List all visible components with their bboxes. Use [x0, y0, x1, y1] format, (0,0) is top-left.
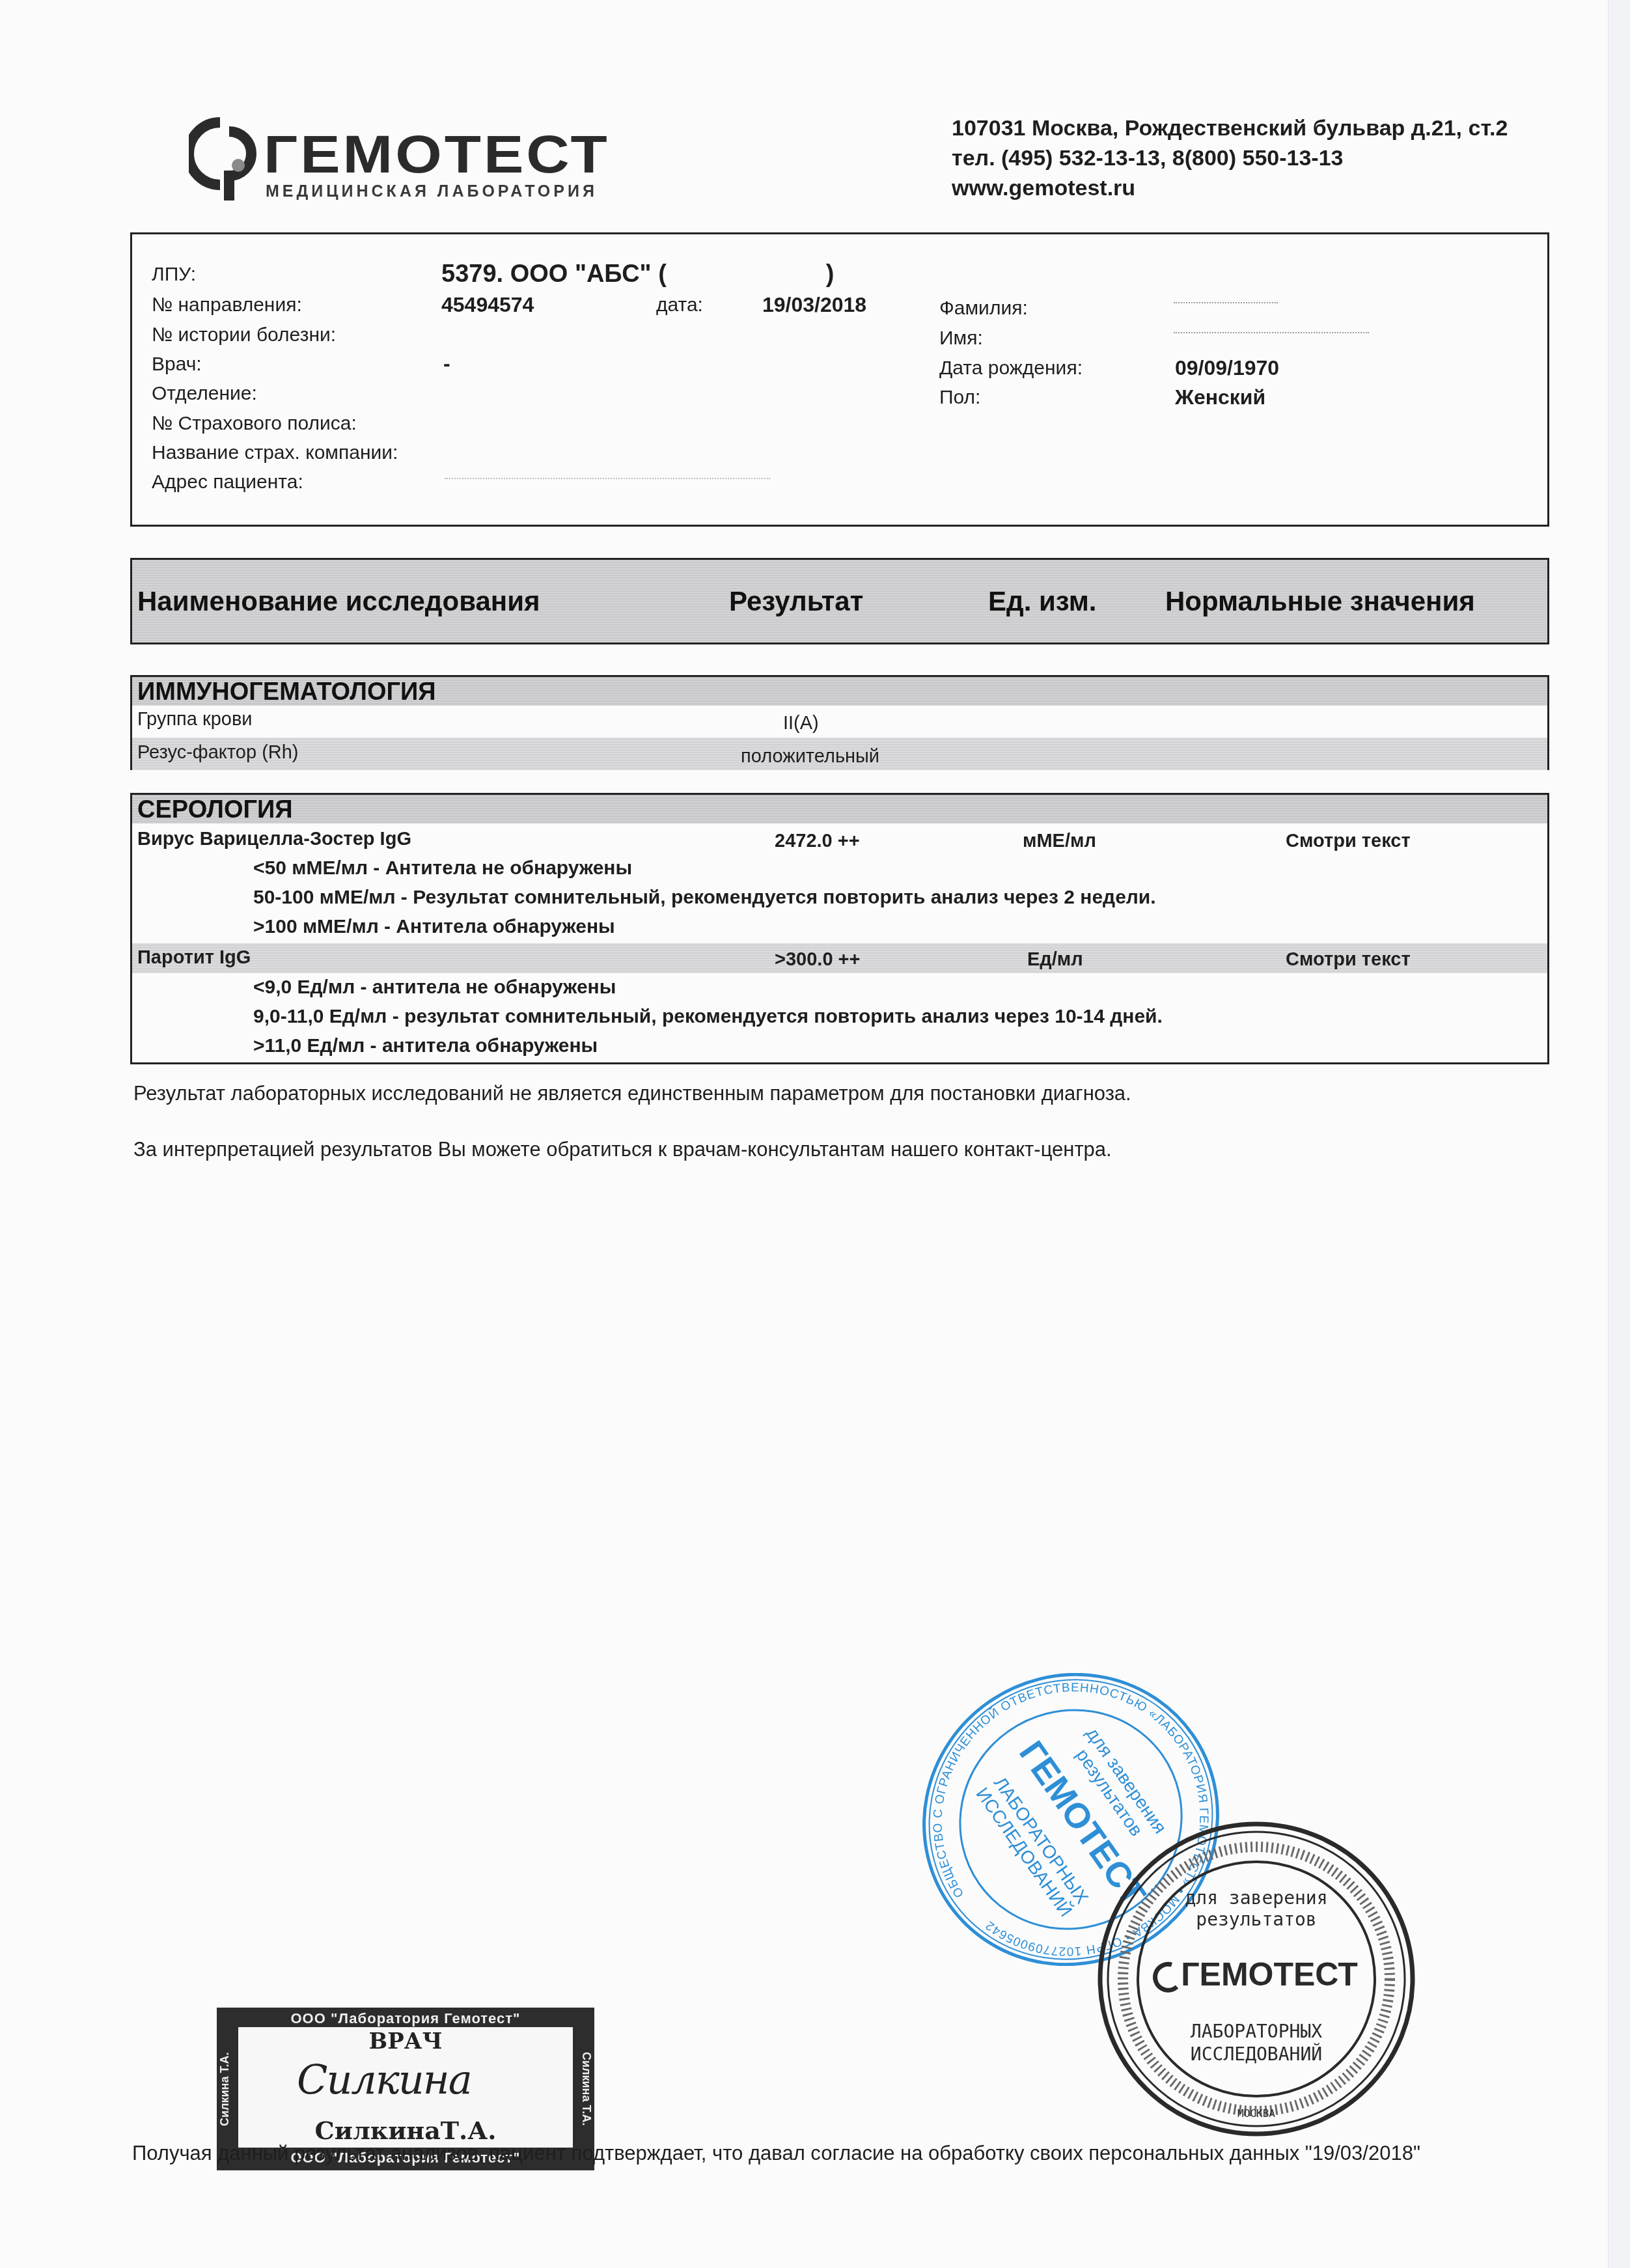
department-label: Отделение: [152, 383, 257, 405]
lpu-value-end: ) [826, 260, 835, 288]
reference-note: <50 мМЕ/мл - Антитела не обнаружены [253, 857, 632, 879]
reference-note: <9,0 Ед/мл - антитела не обнаружены [253, 976, 616, 999]
test-result: >300.0 ++ [775, 949, 860, 971]
referral-date: 19/03/2018 [762, 293, 866, 317]
black-stamp-brand: ГЕМОТЕСТ [1181, 1956, 1358, 1993]
test-name: Резус-фактор (Rh) [137, 742, 299, 764]
table-row: Паротит IgG >300.0 ++ Ед/мл Смотри текст [132, 943, 1547, 973]
header-units: Ед. изм. [988, 586, 1096, 617]
black-certification-stamp: для заверения результатов ГЕМОТЕСТ ЛАБОР… [1094, 1816, 1419, 2142]
doctor-label: Врач: [152, 353, 202, 376]
logo-brand: ГЕМОТЕСТ [264, 125, 610, 185]
patient-info-box: ЛПУ: 5379. ООО "АБС" () № направления: 4… [130, 232, 1549, 527]
section-title-text: СЕРОЛОГИЯ [137, 796, 293, 824]
doctor-stamp-name: СилкинаТ.А. [238, 2116, 573, 2145]
section-title-text: ИММУНОГЕМАТОЛОГИЯ [137, 678, 436, 706]
test-units: мМЕ/мл [1023, 831, 1096, 852]
page-edge [1608, 0, 1630, 2268]
reference-note: 9,0-11,0 Ед/мл - результат сомнительный,… [253, 1006, 1163, 1028]
name-redacted [1174, 332, 1369, 337]
name-label: Имя: [939, 327, 983, 350]
doctor-stamp-side-right: Силкина Т.А. [573, 2034, 593, 2144]
reference-note: 50-100 мМЕ/мл - Результат сомнительный, … [253, 887, 1156, 909]
logo-tagline: МЕДИЦИНСКАЯ ЛАБОРАТОРИЯ [266, 182, 598, 201]
test-reference: Смотри текст [1286, 949, 1411, 971]
test-name: Группа крови [137, 709, 253, 730]
black-stamp-logo-icon [1155, 1964, 1177, 1990]
test-units: Ед/мл [1027, 949, 1083, 971]
gemotest-logo-icon [189, 117, 260, 202]
test-result: II(A) [783, 713, 819, 734]
reference-note: >100 мМЕ/мл - Антитела обнаружены [253, 916, 615, 938]
test-name: Вирус Варицелла-Зостер IgG [137, 829, 411, 850]
sex-value: Женский [1175, 385, 1265, 409]
doctor-signature: Силкина [297, 2056, 471, 2103]
test-result: положительный [741, 746, 879, 768]
lab-address: 107031 Москва, Рождественский бульвар д.… [952, 116, 1508, 141]
test-result: 2472.0 ++ [775, 831, 860, 852]
date-label: дата: [656, 294, 703, 316]
doctor-stamp-inner: ВРАЧ Силкина СилкинаТ.А. [238, 2027, 573, 2148]
section-title: СЕРОЛОГИЯ [132, 795, 1547, 823]
history-label: № истории болезни: [152, 324, 336, 346]
sex-label: Пол: [939, 387, 980, 409]
disclaimer-text: За интерпретацией результатов Вы можете … [133, 1138, 1112, 1161]
header-reference: Нормальные значения [1165, 586, 1475, 617]
lab-phone: тел. (495) 532-13-13, 8(800) 550-13-13 [952, 146, 1344, 171]
black-stamp-line3: ЛАБОРАТОРНЫХ [1191, 2021, 1322, 2042]
lpu-label: ЛПУ: [152, 264, 196, 286]
patient-address-redacted [445, 478, 770, 482]
gemotest-logo: ГЕМОТЕСТ МЕДИЦИНСКАЯ ЛАБОРАТОРИЯ [189, 117, 631, 202]
doctor-stamp-title: ВРАЧ [238, 2028, 573, 2054]
header-result: Результат [729, 586, 863, 617]
table-row: Резус-фактор (Rh) положительный [132, 738, 1547, 770]
birth-date-value: 09/09/1970 [1175, 356, 1279, 380]
results-table-header: Наименование исследования Результат Ед. … [130, 558, 1549, 644]
birth-date-label: Дата рождения: [939, 357, 1083, 380]
referral-label: № направления: [152, 294, 302, 316]
lab-website[interactable]: www.gemotest.ru [952, 176, 1135, 201]
disclaimer-text: Результат лабораторных исследований не я… [133, 1082, 1131, 1105]
insurance-policy-label: № Страхового полиса: [152, 413, 357, 435]
consent-text: Получая данный результат анализов, пацие… [132, 2142, 1420, 2165]
doctor-value: - [443, 352, 450, 376]
test-reference: Смотри текст [1286, 831, 1411, 852]
header-name: Наименование исследования [137, 586, 540, 617]
section-serology: СЕРОЛОГИЯ Вирус Варицелла-Зостер IgG 247… [130, 793, 1549, 1064]
insurance-company-label: Название страх. компании: [152, 442, 398, 464]
black-stamp-line2: результатов [1196, 1909, 1316, 1930]
surname-label: Фамилия: [939, 297, 1028, 320]
black-stamp-ring-bottom: МОСКВА [1237, 2107, 1275, 2120]
black-stamp-line1: для заверения [1185, 1887, 1327, 1909]
doctor-stamp-org-top: ООО "Лаборатория Гемотест" [217, 2010, 594, 2027]
test-name: Паротит IgG [137, 947, 251, 969]
lpu-value-text: 5379. ООО "АБС" ( [441, 260, 667, 288]
black-stamp-line4: ИССЛЕДОВАНИЙ [1191, 2043, 1322, 2065]
reference-note: >11,0 Ед/мл - антитела обнаружены [253, 1035, 598, 1057]
surname-redacted [1174, 302, 1278, 307]
patient-address-label: Адрес пациента: [152, 471, 303, 493]
section-title: ИММУНОГЕМАТОЛОГИЯ [132, 677, 1547, 706]
referral-number: 45494574 [441, 293, 534, 317]
doctor-stamp-side-left: Силкина Т.А. [218, 2034, 238, 2144]
section-immunohematology: ИММУНОГЕМАТОЛОГИЯ Группа крови II(A) Рез… [130, 675, 1549, 770]
lpu-value: 5379. ООО "АБС" () [441, 260, 834, 288]
